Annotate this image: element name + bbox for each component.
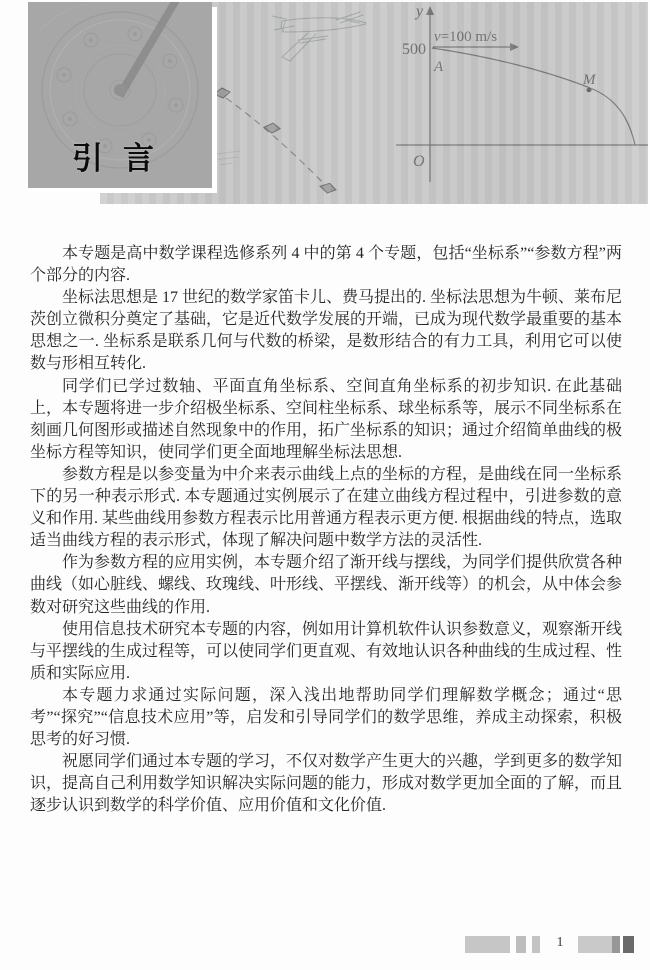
footer-decoration-block (532, 936, 540, 953)
paragraph: 同学们已学过数轴、平面直角坐标系、空间直角坐标系的初步知识. 在此基础上，本专题… (30, 376, 622, 464)
falling-parcels-trajectory (214, 88, 337, 195)
footer-decoration-block (612, 936, 620, 953)
faint-scribble (214, 151, 240, 165)
y-axis-label: y (414, 3, 424, 20)
title-block: 引言 (28, 2, 212, 188)
paragraph: 参数方程是以参变量为中介来表示曲线上点的坐标的方程，是曲线在同一坐标系下的另一种… (30, 464, 622, 552)
paragraph: 祝愿同学们通过本专题的学习，不仅对数学产生更大的兴趣，学到更多的数学知识，提高自… (30, 751, 622, 817)
footer-decoration-block (465, 936, 510, 953)
body-text: 本专题是高中数学课程选修系列 4 中的第 4 个专题，包括“坐标系”“参数方程”… (30, 243, 622, 817)
parcel-icon (214, 88, 230, 98)
y-axis-arrow-icon (426, 6, 434, 15)
parcel-icon (319, 181, 337, 196)
footer-decoration-block (623, 936, 634, 953)
paragraph: 作为参数方程的应用实例，本专题介绍了渐开线与摆线，为同学们提供欣赏各种曲线（如心… (30, 552, 622, 618)
velocity-label: v=100 m/s (434, 29, 497, 45)
paragraph: 本专题力求通过实际问题，深入浅出地帮助同学们理解数学概念；通过“思考”“探究”“… (30, 685, 622, 751)
velocity-arrow-head-icon (510, 43, 519, 51)
flight-curve (432, 48, 635, 145)
point-m-dot (587, 88, 592, 92)
parcel-icon (263, 121, 281, 134)
origin-label: O (413, 153, 425, 170)
point-m-label: M (582, 72, 597, 88)
footer-decoration-block (516, 936, 526, 953)
trajectory-path (226, 98, 331, 191)
page-number: 1 (545, 935, 575, 951)
paragraph: 本专题是高中数学课程选修系列 4 中的第 4 个专题，包括“坐标系”“参数方程”… (30, 243, 622, 287)
point-a-label: A (433, 59, 444, 75)
y-tick-500: 500 (402, 41, 426, 58)
flight-path-graph: y 500 v=100 m/s A M O (396, 3, 648, 182)
page-title: 引言 (72, 133, 174, 178)
footer-decoration-block (578, 936, 612, 953)
textbook-page: y 500 v=100 m/s A M O (0, 0, 650, 970)
airplane-sketch (272, 12, 366, 61)
paragraph: 坐标法思想是 17 世纪的数学家笛卡儿、费马提出的. 坐标法思想为牛顿、莱布尼茨… (30, 287, 622, 375)
paragraph: 使用信息技术研究本专题的内容，例如用计算机软件认识参数意义，观察渐开线与平摆线的… (30, 619, 622, 685)
